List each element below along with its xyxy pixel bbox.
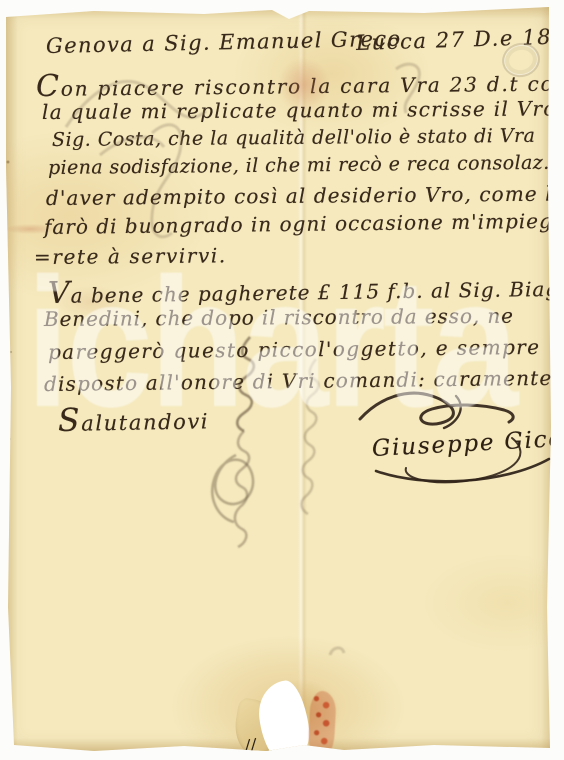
letter-line: disposto all'onore di Vri comandi: caram…: [44, 366, 553, 396]
letter-line: farò di buongrado in ogni occasione m'im…: [44, 208, 564, 239]
letter-closing: Salutandovi: [58, 400, 210, 439]
letter-line: Benedini, che dopo il riscontro da esso,…: [44, 304, 514, 331]
letter-line: Sig. Costa, che la qualità dell'olio è s…: [52, 125, 536, 151]
seal-bleedthrough: [272, 51, 336, 119]
scanned-letter: Genova a Sig. Emanuel Greco Lucca 27 D.e…: [0, 0, 564, 760]
letter-line: =rete à servirvi.: [34, 243, 227, 269]
letter-line: pareggerò questo piccol'oggetto, e sempr…: [48, 335, 541, 364]
letter-line: piena sodisfazione, il che mi recò e rec…: [48, 151, 564, 179]
letter-signature: Giuseppe Gicci: [371, 426, 564, 462]
letter-line: d'aver adempito così al desiderio Vro, c…: [46, 181, 564, 210]
closing-paraph: [360, 393, 513, 428]
letter-recipient-line: Genova a Sig. Emanuel Greco: [46, 27, 402, 58]
wax-seal-residue: [307, 690, 337, 760]
letter-paper: Genova a Sig. Emanuel Greco Lucca 27 D.e…: [4, 7, 551, 752]
